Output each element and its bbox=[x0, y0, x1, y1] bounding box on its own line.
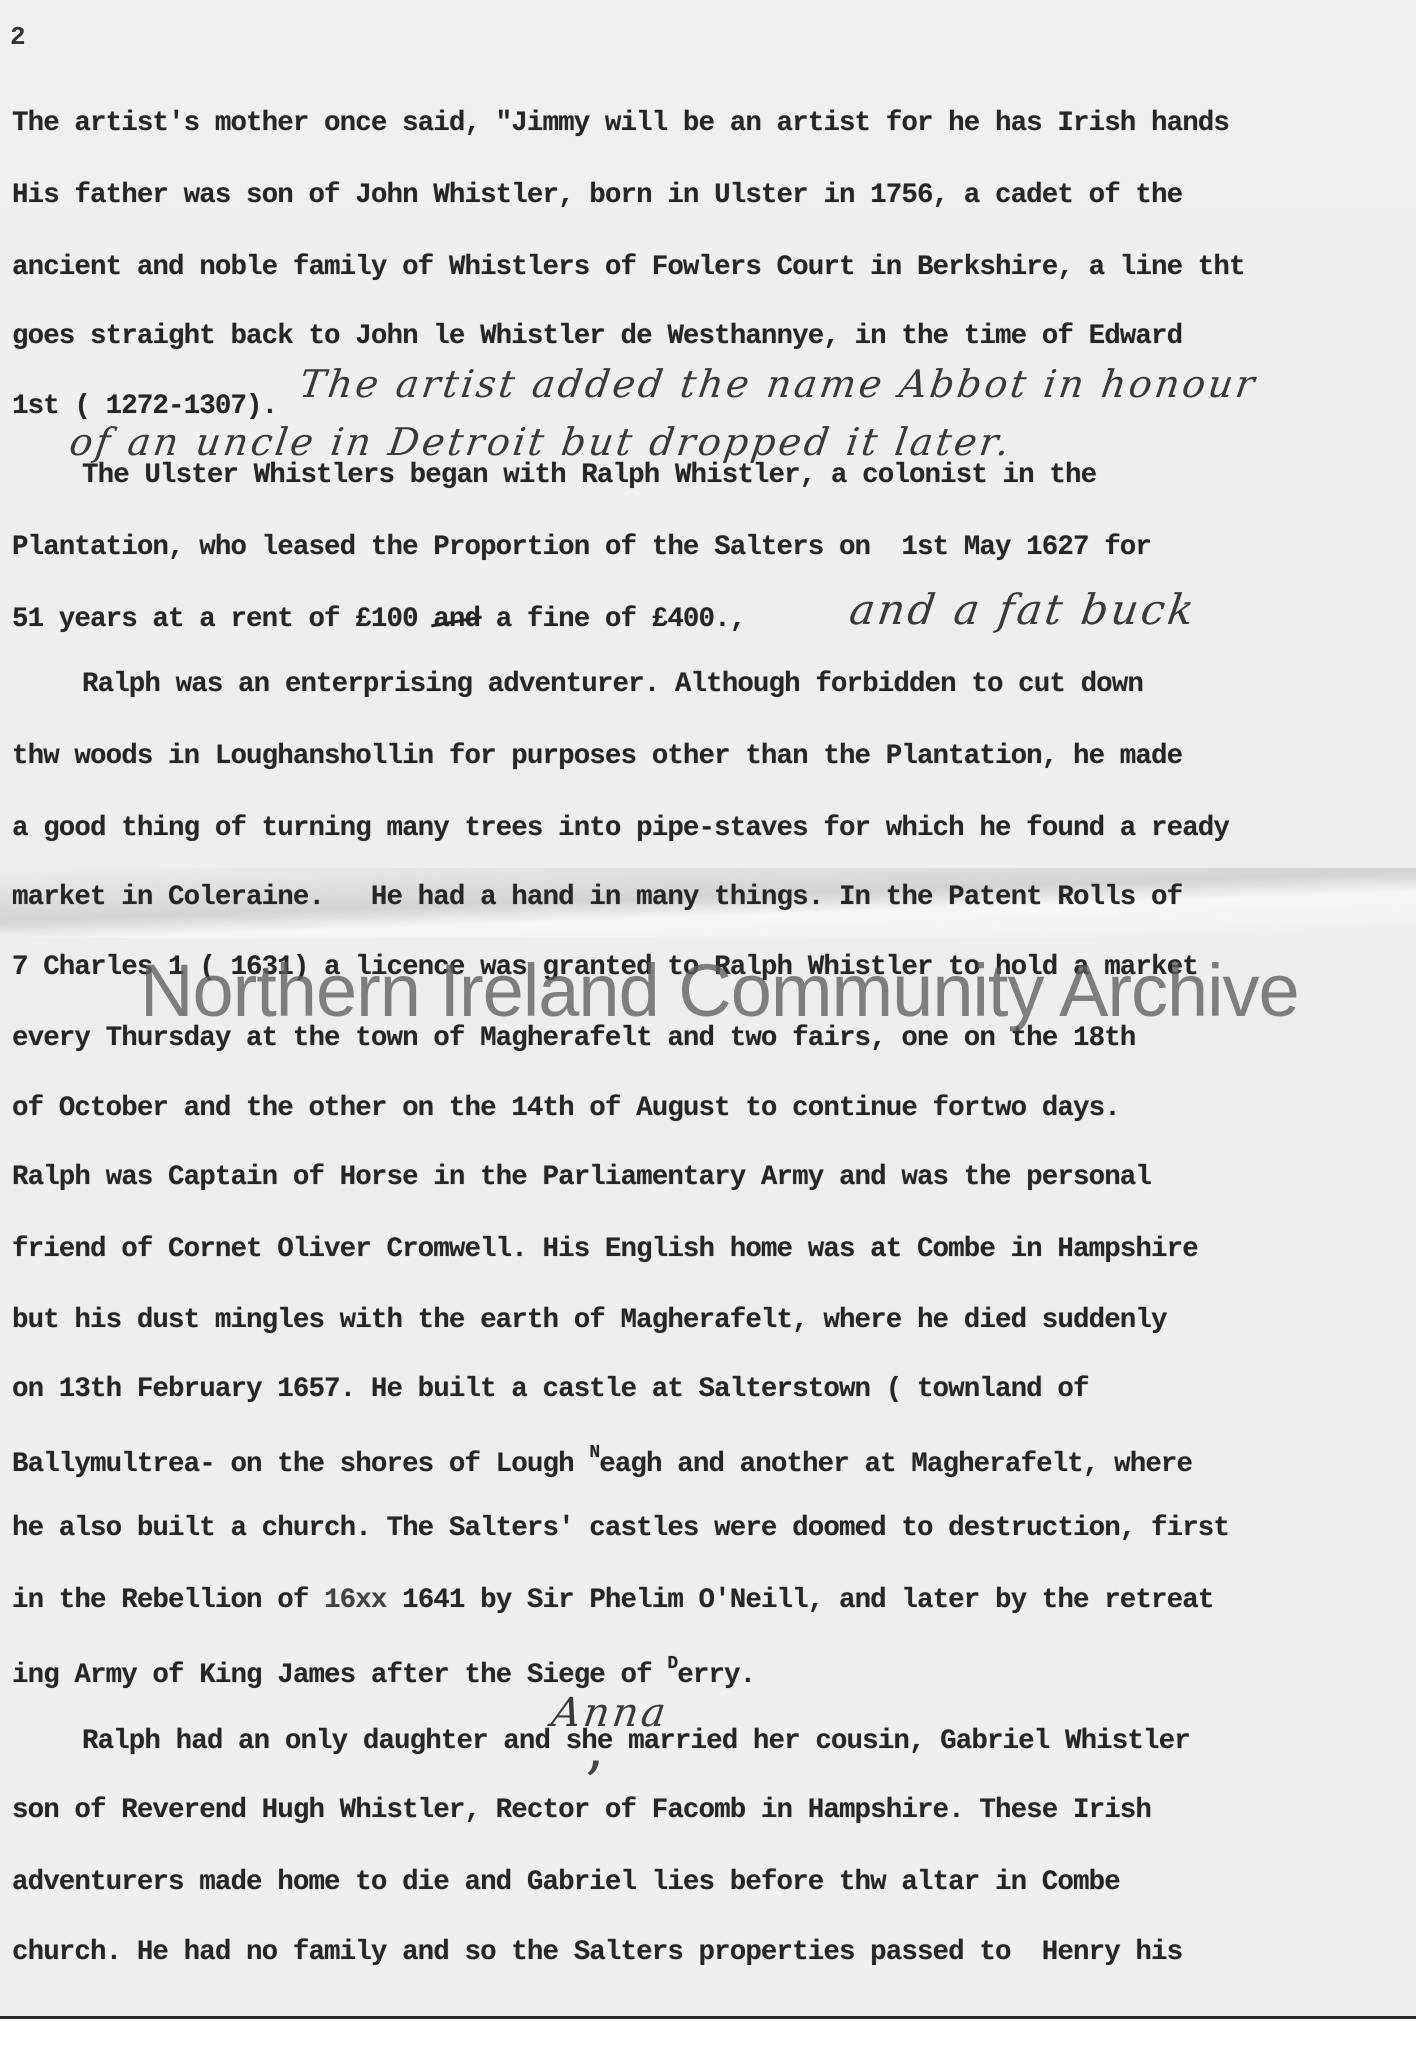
superscript-correction: N bbox=[589, 1443, 599, 1463]
typed-line: church. He had no family and so the Salt… bbox=[12, 1937, 1182, 1968]
page-number: 2 bbox=[10, 22, 26, 52]
typed-line: Ralph had an only daughter and she marri… bbox=[82, 1726, 1190, 1757]
handwritten-note-line-2: of an uncle in Detroit but dropped it la… bbox=[67, 420, 1015, 464]
handwritten-note-line-1: The artist added the name Abbot in honou… bbox=[297, 362, 1260, 406]
typed-line: son of Reverend Hugh Whistler, Rector of… bbox=[12, 1795, 1151, 1826]
typed-line: ancient and noble family of Whistlers of… bbox=[12, 252, 1245, 283]
typed-line: on 13th February 1657. He built a castle… bbox=[12, 1374, 1089, 1405]
archive-watermark: Northern Ireland Community Archive bbox=[140, 948, 1299, 1033]
typed-segment: ing Army of King James after the Siege o… bbox=[12, 1660, 667, 1691]
typed-segment: Ballymultrea- on the shores of Lough bbox=[12, 1449, 589, 1480]
typed-line: of October and the other on the 14th of … bbox=[12, 1093, 1120, 1124]
typed-segment: 1641 by Sir Phelim O'Neill, and later by… bbox=[386, 1585, 1213, 1616]
typed-line: friend of Cornet Oliver Cromwell. His En… bbox=[12, 1234, 1198, 1265]
typed-segment: a fine of £400., bbox=[480, 604, 745, 635]
overtyped-text: 16xx bbox=[324, 1585, 386, 1616]
struck-out-word: and bbox=[433, 604, 480, 635]
typed-line: market in Coleraine. He had a hand in ma… bbox=[12, 882, 1182, 913]
document-page: 2 The artist's mother once said, "Jimmy … bbox=[0, 0, 1416, 2016]
page-bottom-edge bbox=[0, 2016, 1416, 2048]
typed-segment: 51 years at a rent of £100 bbox=[12, 604, 433, 635]
typed-line: in the Rebellion of 16xx 1641 by Sir Phe… bbox=[12, 1585, 1213, 1616]
typed-line: His father was son of John Whistler, bor… bbox=[12, 180, 1182, 211]
typed-line: ing Army of King James after the Siege o… bbox=[12, 1654, 755, 1691]
typed-line: Ballymultrea- on the shores of Lough Nea… bbox=[12, 1443, 1192, 1480]
typed-line: The Ulster Whistlers began with Ralph Wh… bbox=[82, 460, 1096, 491]
handwritten-note-fat-buck: and a fat buck bbox=[847, 585, 1200, 634]
typed-segment: erry. bbox=[677, 1660, 755, 1691]
typed-segment: in the Rebellion of bbox=[12, 1585, 324, 1616]
typed-line: Ralph was Captain of Horse in the Parlia… bbox=[12, 1162, 1151, 1193]
typed-line: 1st ( 1272-1307). bbox=[12, 391, 277, 422]
typed-line: The artist's mother once said, "Jimmy wi… bbox=[12, 108, 1229, 139]
typed-segment: eagh and another at Magherafelt, where bbox=[599, 1449, 1192, 1480]
typed-line: 51 years at a rent of £100 and a fine of… bbox=[12, 604, 745, 635]
typed-line: Ralph was an enterprising adventurer. Al… bbox=[82, 669, 1143, 700]
typed-line: but his dust mingles with the earth of M… bbox=[12, 1305, 1167, 1336]
superscript-correction: D bbox=[667, 1654, 677, 1674]
typed-line: thw woods in Loughanshollin for purposes… bbox=[12, 741, 1182, 772]
typed-line: a good thing of turning many trees into … bbox=[12, 813, 1229, 844]
typed-line: adventurers made home to die and Gabriel… bbox=[12, 1867, 1120, 1898]
typed-line: he also built a church. The Salters' cas… bbox=[12, 1513, 1229, 1544]
typed-line: Plantation, who leased the Proportion of… bbox=[12, 532, 1151, 563]
typed-line: goes straight back to John le Whistler d… bbox=[12, 321, 1182, 352]
